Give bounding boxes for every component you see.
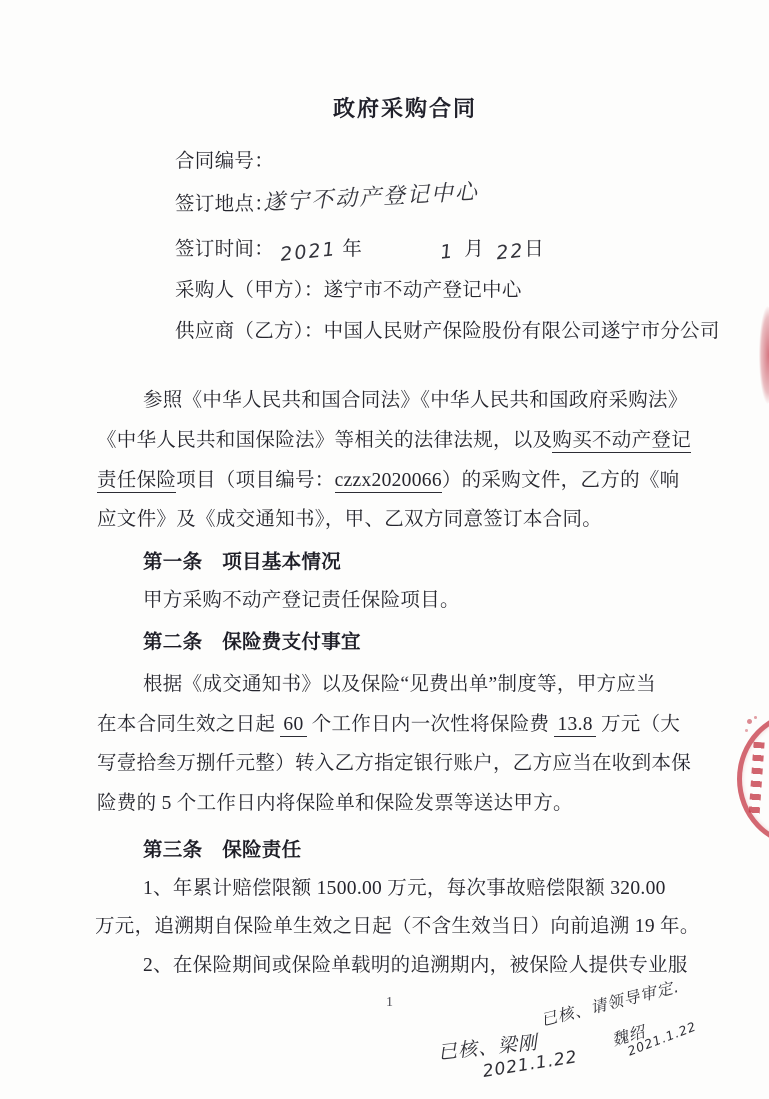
- underlined-project-phrase-2: 责任保险: [97, 470, 176, 493]
- sign-place-label: 签订地点：: [175, 194, 274, 215]
- sign-time-month-handwritten: 1: [439, 240, 455, 264]
- preamble-line-1: 参照《中华人民共和国合同法》《中华人民共和国政府采购法》: [143, 389, 688, 412]
- article-2-line-2-text-b: 个工作日内一次性将保险费: [312, 714, 550, 735]
- article-2-line-2-text-c: 万元（大: [601, 714, 680, 735]
- contract-number-line: 合同编号：: [175, 150, 274, 173]
- preamble-line-4: 应文件》及《成交通知书》，甲、乙双方同意签订本合同。: [97, 508, 602, 531]
- page-title: 政府采购合同: [41, 92, 769, 123]
- article-2-line-4: 险费的 5 个工作日内将保险单和保险发票等送达甲方。: [97, 792, 573, 815]
- preamble-line-2: 《中华人民共和国保险法》等相关的法律法规，以及购买不动产登记: [97, 429, 691, 452]
- sign-place-handwritten-value: 遂宁不动产登记中心: [262, 175, 479, 217]
- sign-time-line: 签订时间：2021年1月22日: [175, 238, 544, 261]
- preamble-line-3: 责任保险项目（项目编号：czzx2020066）的采购文件，乙方的《响: [97, 469, 679, 492]
- supplier-line: 供应商（乙方）：中国人民财产保险股份有限公司遂宁市分公司: [175, 320, 720, 343]
- article-3-item-1-line-1: 1、年累计赔偿限额 1500.00 万元，每次事故赔偿限额 320.00: [143, 877, 666, 900]
- underlined-days-value: 60: [280, 714, 306, 737]
- sign-time-month-unit: 月: [464, 239, 484, 260]
- sign-place-line: 签订地点：: [175, 193, 274, 216]
- underlined-project-phrase-1: 购买不动产登记: [552, 430, 691, 453]
- underlined-premium-value: 13.8: [554, 714, 595, 737]
- buyer-line: 采购人（甲方）：遂宁市不动产登记中心: [175, 279, 522, 302]
- sign-time-label: 签订时间：: [175, 239, 274, 260]
- article-2-line-2: 在本合同生效之日起 60 个工作日内一次性将保险费 13.8 万元（大: [97, 713, 680, 736]
- underlined-project-code: czzx2020066: [335, 470, 442, 493]
- article-1-heading: 第一条 项目基本情况: [143, 551, 341, 574]
- sign-time-day-handwritten: 22: [495, 240, 525, 266]
- article-2-heading: 第二条 保险费支付事宜: [143, 631, 361, 654]
- article-2-line-3: 写壹拾叁万捌仟元整）转入乙方指定银行账户，乙方应当在收到本保: [97, 752, 691, 775]
- preamble-line-3-text-a: 项目（项目编号：: [176, 470, 334, 491]
- article-3-item-1-line-2: 万元，追溯期自保险单生效之日起（不含生效当日）向前追溯 19 年。: [95, 915, 700, 938]
- preamble-line-3-text-b: ）的采购文件，乙方的《响: [442, 470, 680, 491]
- article-3-heading: 第三条 保险责任: [143, 839, 301, 862]
- preamble-line-2-text: 《中华人民共和国保险法》等相关的法律法规，以及: [97, 430, 552, 451]
- contract-number-label: 合同编号：: [175, 151, 274, 172]
- sign-time-year-handwritten: 2021: [279, 238, 337, 267]
- article-2-line-2-text-a: 在本合同生效之日起: [97, 714, 275, 735]
- handwritten-note-right: 已核、请领导审定.: [538, 974, 681, 1031]
- sign-time-day-unit: 日: [524, 239, 544, 260]
- article-2-line-1: 根据《成交通知书》以及保险“见费出单”制度等，甲方应当: [143, 673, 656, 696]
- article-1-body: 甲方采购不动产登记责任保险项目。: [143, 589, 460, 612]
- sign-time-year-unit: 年: [342, 239, 362, 260]
- red-seal-speckles: [747, 719, 752, 724]
- page-number: 1: [386, 995, 393, 1011]
- contract-page: 政府采购合同 合同编号： 签订地点： 遂宁不动产登记中心 签订时间：2021年1…: [0, 0, 769, 1099]
- red-seal-edge-fragment: [759, 306, 769, 404]
- article-3-item-2-line-1: 2、在保险期间或保险单载明的追溯期内，被保险人提供专业服: [143, 954, 688, 977]
